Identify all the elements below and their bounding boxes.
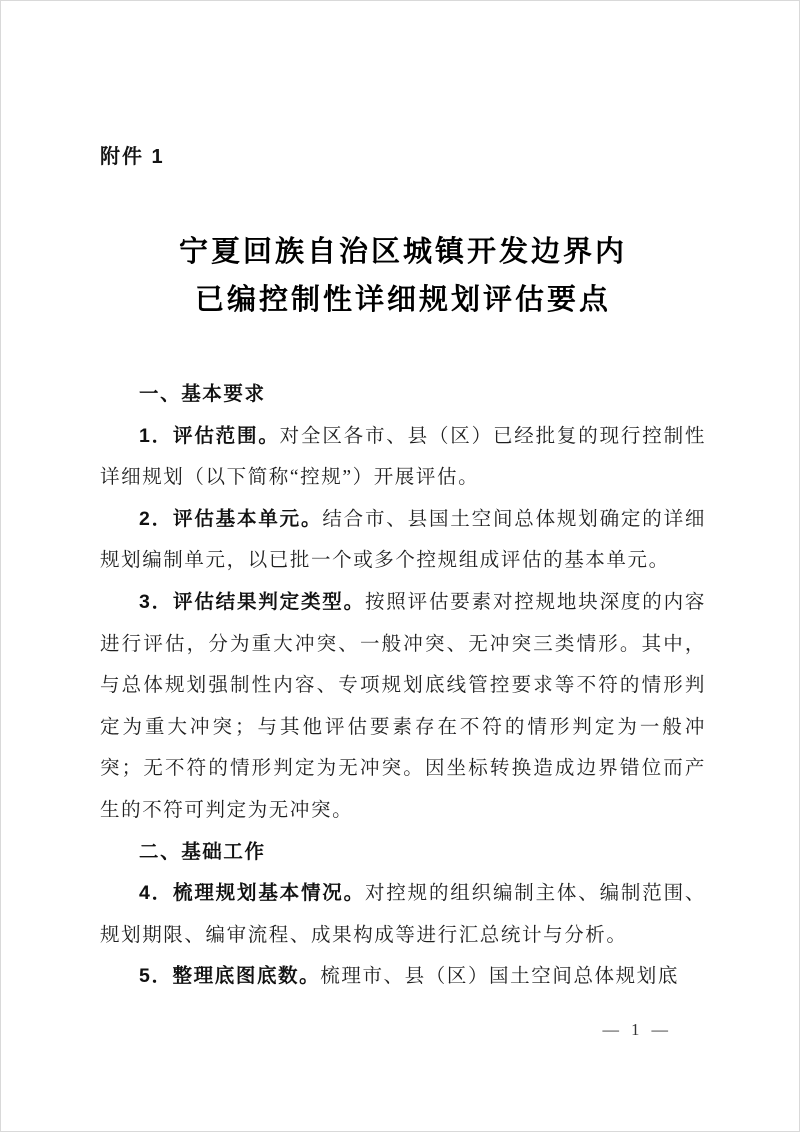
- document-page: 附件 1 宁夏回族自治区城镇开发边界内 已编控制性详细规划评估要点 一、基本要求…: [0, 0, 800, 1132]
- paragraph-2: 2．评估基本单元。结合市、县国土空间总体规划确定的详细规划编制单元，以已批一个或…: [100, 499, 706, 582]
- paragraph-2-lead: 2．评估基本单元。: [139, 508, 322, 530]
- paragraph-3-text: 按照评估要素对控规地块深度的内容进行评估，分为重大冲突、一般冲突、无冲突三类情形…: [100, 592, 706, 821]
- document-body: 一、基本要求 1．评估范围。对全区各市、县（区）已经批复的现行控制性详细规划（以…: [100, 374, 706, 998]
- page-number: — 1 —: [603, 1020, 673, 1040]
- paragraph-1: 1．评估范围。对全区各市、县（区）已经批复的现行控制性详细规划（以下简称“控规”…: [100, 416, 706, 499]
- paragraph-4: 4．梳理规划基本情况。对控规的组织编制主体、编制范围、规划期限、编审流程、成果构…: [100, 873, 706, 956]
- title-line-1: 宁夏回族自治区城镇开发边界内: [100, 228, 706, 276]
- paragraph-4-lead: 4．梳理规划基本情况。: [139, 882, 365, 904]
- section-heading-basic-work: 二、基础工作: [100, 832, 706, 874]
- attachment-label: 附件 1: [100, 144, 706, 170]
- title-line-2: 已编控制性详细规划评估要点: [100, 276, 706, 324]
- paragraph-5-text: 梳理市、县（区）国土空间总体规划底: [320, 966, 679, 987]
- section-heading-basic-requirements: 一、基本要求: [100, 374, 706, 416]
- paragraph-5-lead: 5．整理底图底数。: [139, 965, 320, 987]
- paragraph-3: 3．评估结果判定类型。按照评估要素对控规地块深度的内容进行评估，分为重大冲突、一…: [100, 582, 706, 832]
- paragraph-3-lead: 3．评估结果判定类型。: [139, 591, 365, 613]
- paragraph-1-lead: 1．评估范围。: [139, 425, 280, 447]
- document-content: 附件 1 宁夏回族自治区城镇开发边界内 已编控制性详细规划评估要点 一、基本要求…: [100, 0, 706, 998]
- paragraph-5: 5．整理底图底数。梳理市、县（区）国土空间总体规划底: [100, 956, 706, 998]
- document-title: 宁夏回族自治区城镇开发边界内 已编控制性详细规划评估要点: [100, 228, 706, 324]
